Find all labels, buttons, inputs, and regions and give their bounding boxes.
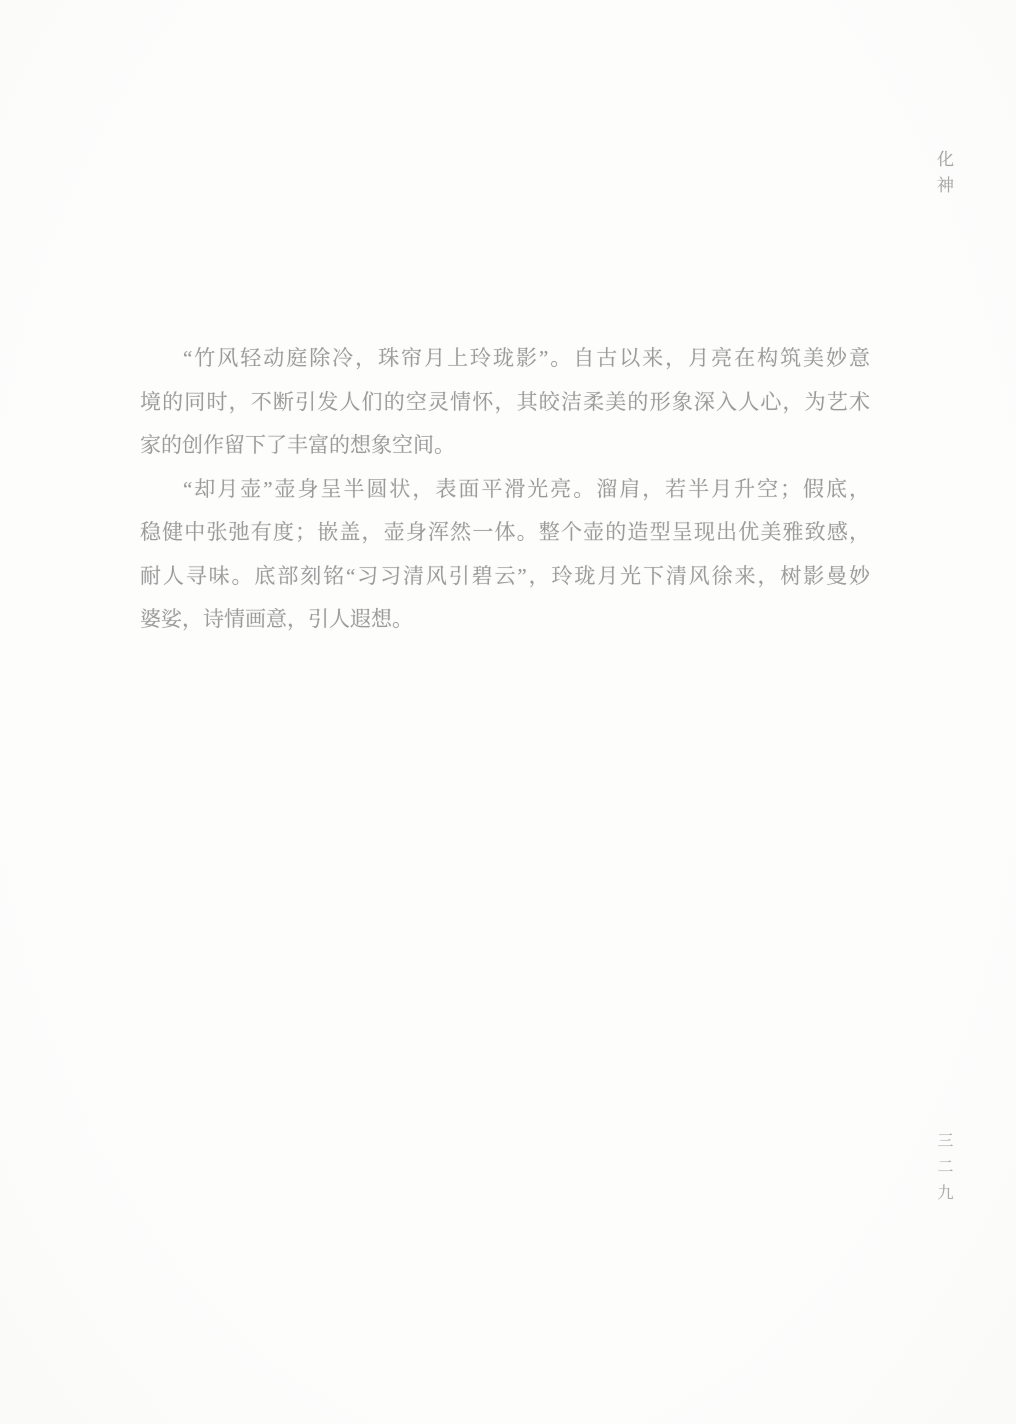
paragraph-2-line-4: 婆娑，诗情画意，引人遐想。 [140, 598, 870, 642]
paragraph-1-line-1: “竹风轻动庭除冷，珠帘月上玲珑影”。自古以来，月亮在构筑美妙意 [140, 337, 870, 381]
scanned-book-page: 化神 “竹风轻动庭除冷，珠帘月上玲珑影”。自古以来，月亮在构筑美妙意 境的同时，… [0, 0, 1016, 1424]
paragraph-1-line-3: 家的创作留下了丰富的想象空间。 [140, 424, 870, 468]
body-text-block: “竹风轻动庭除冷，珠帘月上玲珑影”。自古以来，月亮在构筑美妙意 境的同时，不断引… [140, 337, 870, 642]
paragraph-2-line-2: 稳健中张弛有度；嵌盖，壶身浑然一体。整个壶的造型呈现出优美雅致感， [140, 511, 870, 555]
running-head: 化神 [931, 150, 956, 202]
paragraph-2-line-1: “却月壶”壶身呈半圆状，表面平滑光亮。溜肩，若半月升空；假底， [140, 468, 870, 512]
paragraph-1-line-2: 境的同时，不断引发人们的空灵情怀，其皎洁柔美的形象深入人心，为艺术 [140, 381, 870, 425]
paragraph-2-line-3: 耐人寻味。底部刻铭“习习清风引碧云”，玲珑月光下清风徐来，树影曼妙 [140, 555, 870, 599]
page-number: 三二九 [932, 1132, 955, 1210]
